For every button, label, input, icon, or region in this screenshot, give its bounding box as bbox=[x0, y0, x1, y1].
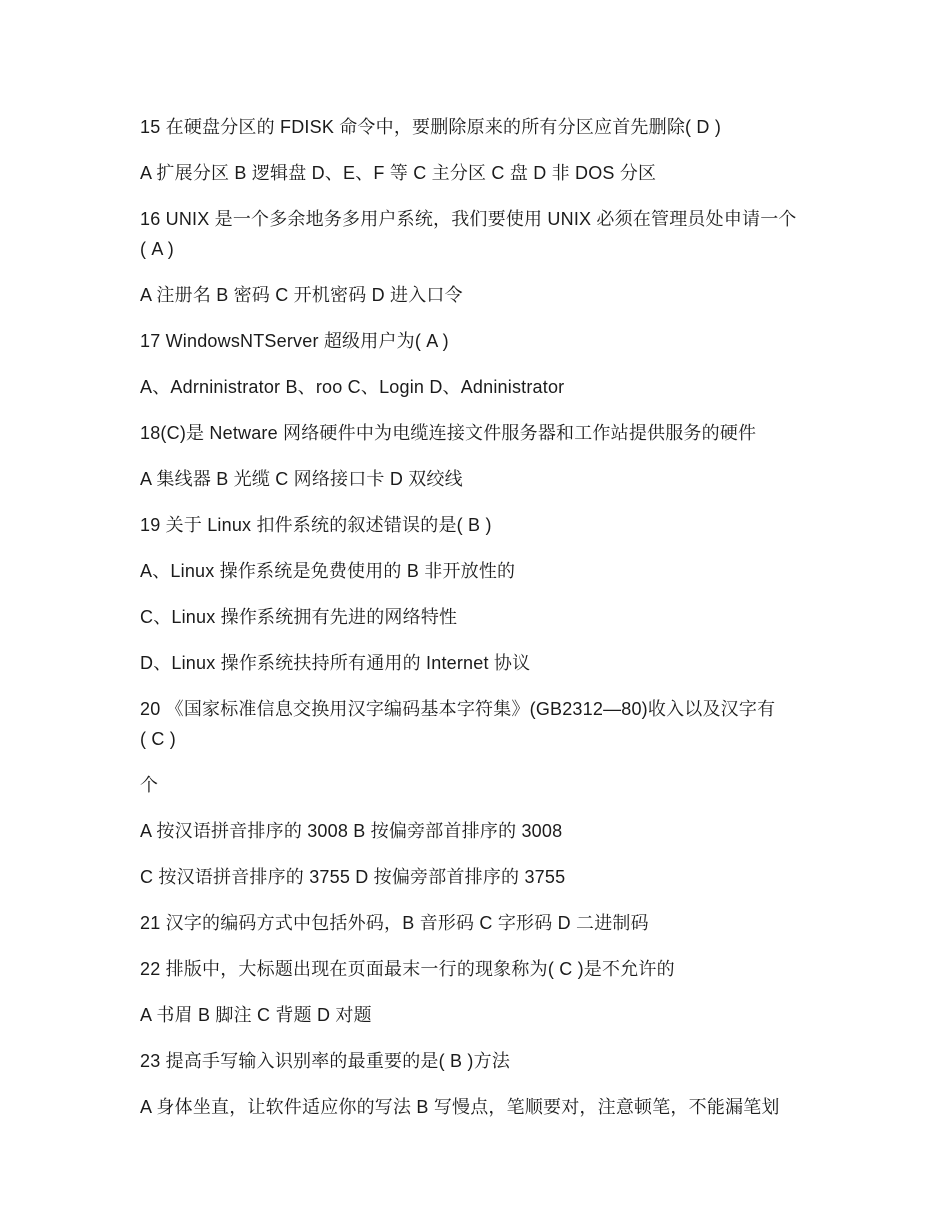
question-19: 19 关于 Linux 扣件系统的叙述错误的是( B ) bbox=[140, 510, 830, 540]
question-20-cont: 个 bbox=[140, 770, 830, 800]
question-17: 17 WindowsNTServer 超级用户为( A ) bbox=[140, 326, 830, 356]
options-18: A 集线器 B 光缆 C 网络接口卡 D 双绞线 bbox=[140, 464, 830, 494]
options-23: A 身体坐直，让软件适应你的写法 B 写慢点，笔顺要对，注意顿笔，不能漏笔划 bbox=[140, 1092, 830, 1122]
document-page: 15 在硬盘分区的 FDISK 命令中，要删除原来的所有分区应首先删除( D )… bbox=[0, 0, 950, 1230]
question-22: 22 排版中，大标题出现在页面最末一行的现象称为( C )是不允许的 bbox=[140, 954, 830, 984]
question-15: 15 在硬盘分区的 FDISK 命令中，要删除原来的所有分区应首先删除( D ) bbox=[140, 112, 830, 142]
document-content: 15 在硬盘分区的 FDISK 命令中，要删除原来的所有分区应首先删除( D )… bbox=[140, 112, 830, 1138]
options-19-c: C、Linux 操作系统拥有先进的网络特性 bbox=[140, 602, 830, 632]
question-18: 18(C)是 Netware 网络硬件中为电缆连接文件服务器和工作站提供服务的硬… bbox=[140, 418, 830, 448]
options-17: A、Adrninistrator B、roo C、Login D、Adninis… bbox=[140, 372, 830, 402]
question-21: 21 汉字的编码方式中包括外码，B 音形码 C 字形码 D 二进制码 bbox=[140, 908, 830, 938]
question-23: 23 提高手写输入识别率的最重要的是( B )方法 bbox=[140, 1046, 830, 1076]
options-15: A 扩展分区 B 逻辑盘 D、E、F 等 C 主分区 C 盘 D 非 DOS 分… bbox=[140, 158, 830, 188]
question-20: 20 《国家标准信息交换用汉字编码基本字符集》(GB2312—80)收入以及汉字… bbox=[140, 694, 830, 754]
options-19-d: D、Linux 操作系统扶持所有通用的 Internet 协议 bbox=[140, 648, 830, 678]
options-22: A 书眉 B 脚注 C 背题 D 对题 bbox=[140, 1000, 830, 1030]
options-20-ab: A 按汉语拼音排序的 3008 B 按偏旁部首排序的 3008 bbox=[140, 816, 830, 846]
question-16: 16 UNIX 是一个多余地务多用户系统，我们要使用 UNIX 必须在管理员处申… bbox=[140, 204, 830, 264]
options-16: A 注册名 B 密码 C 开机密码 D 进入口令 bbox=[140, 280, 830, 310]
options-20-cd: C 按汉语拼音排序的 3755 D 按偏旁部首排序的 3755 bbox=[140, 862, 830, 892]
options-19-ab: A、Linux 操作系统是免费使用的 B 非开放性的 bbox=[140, 556, 830, 586]
